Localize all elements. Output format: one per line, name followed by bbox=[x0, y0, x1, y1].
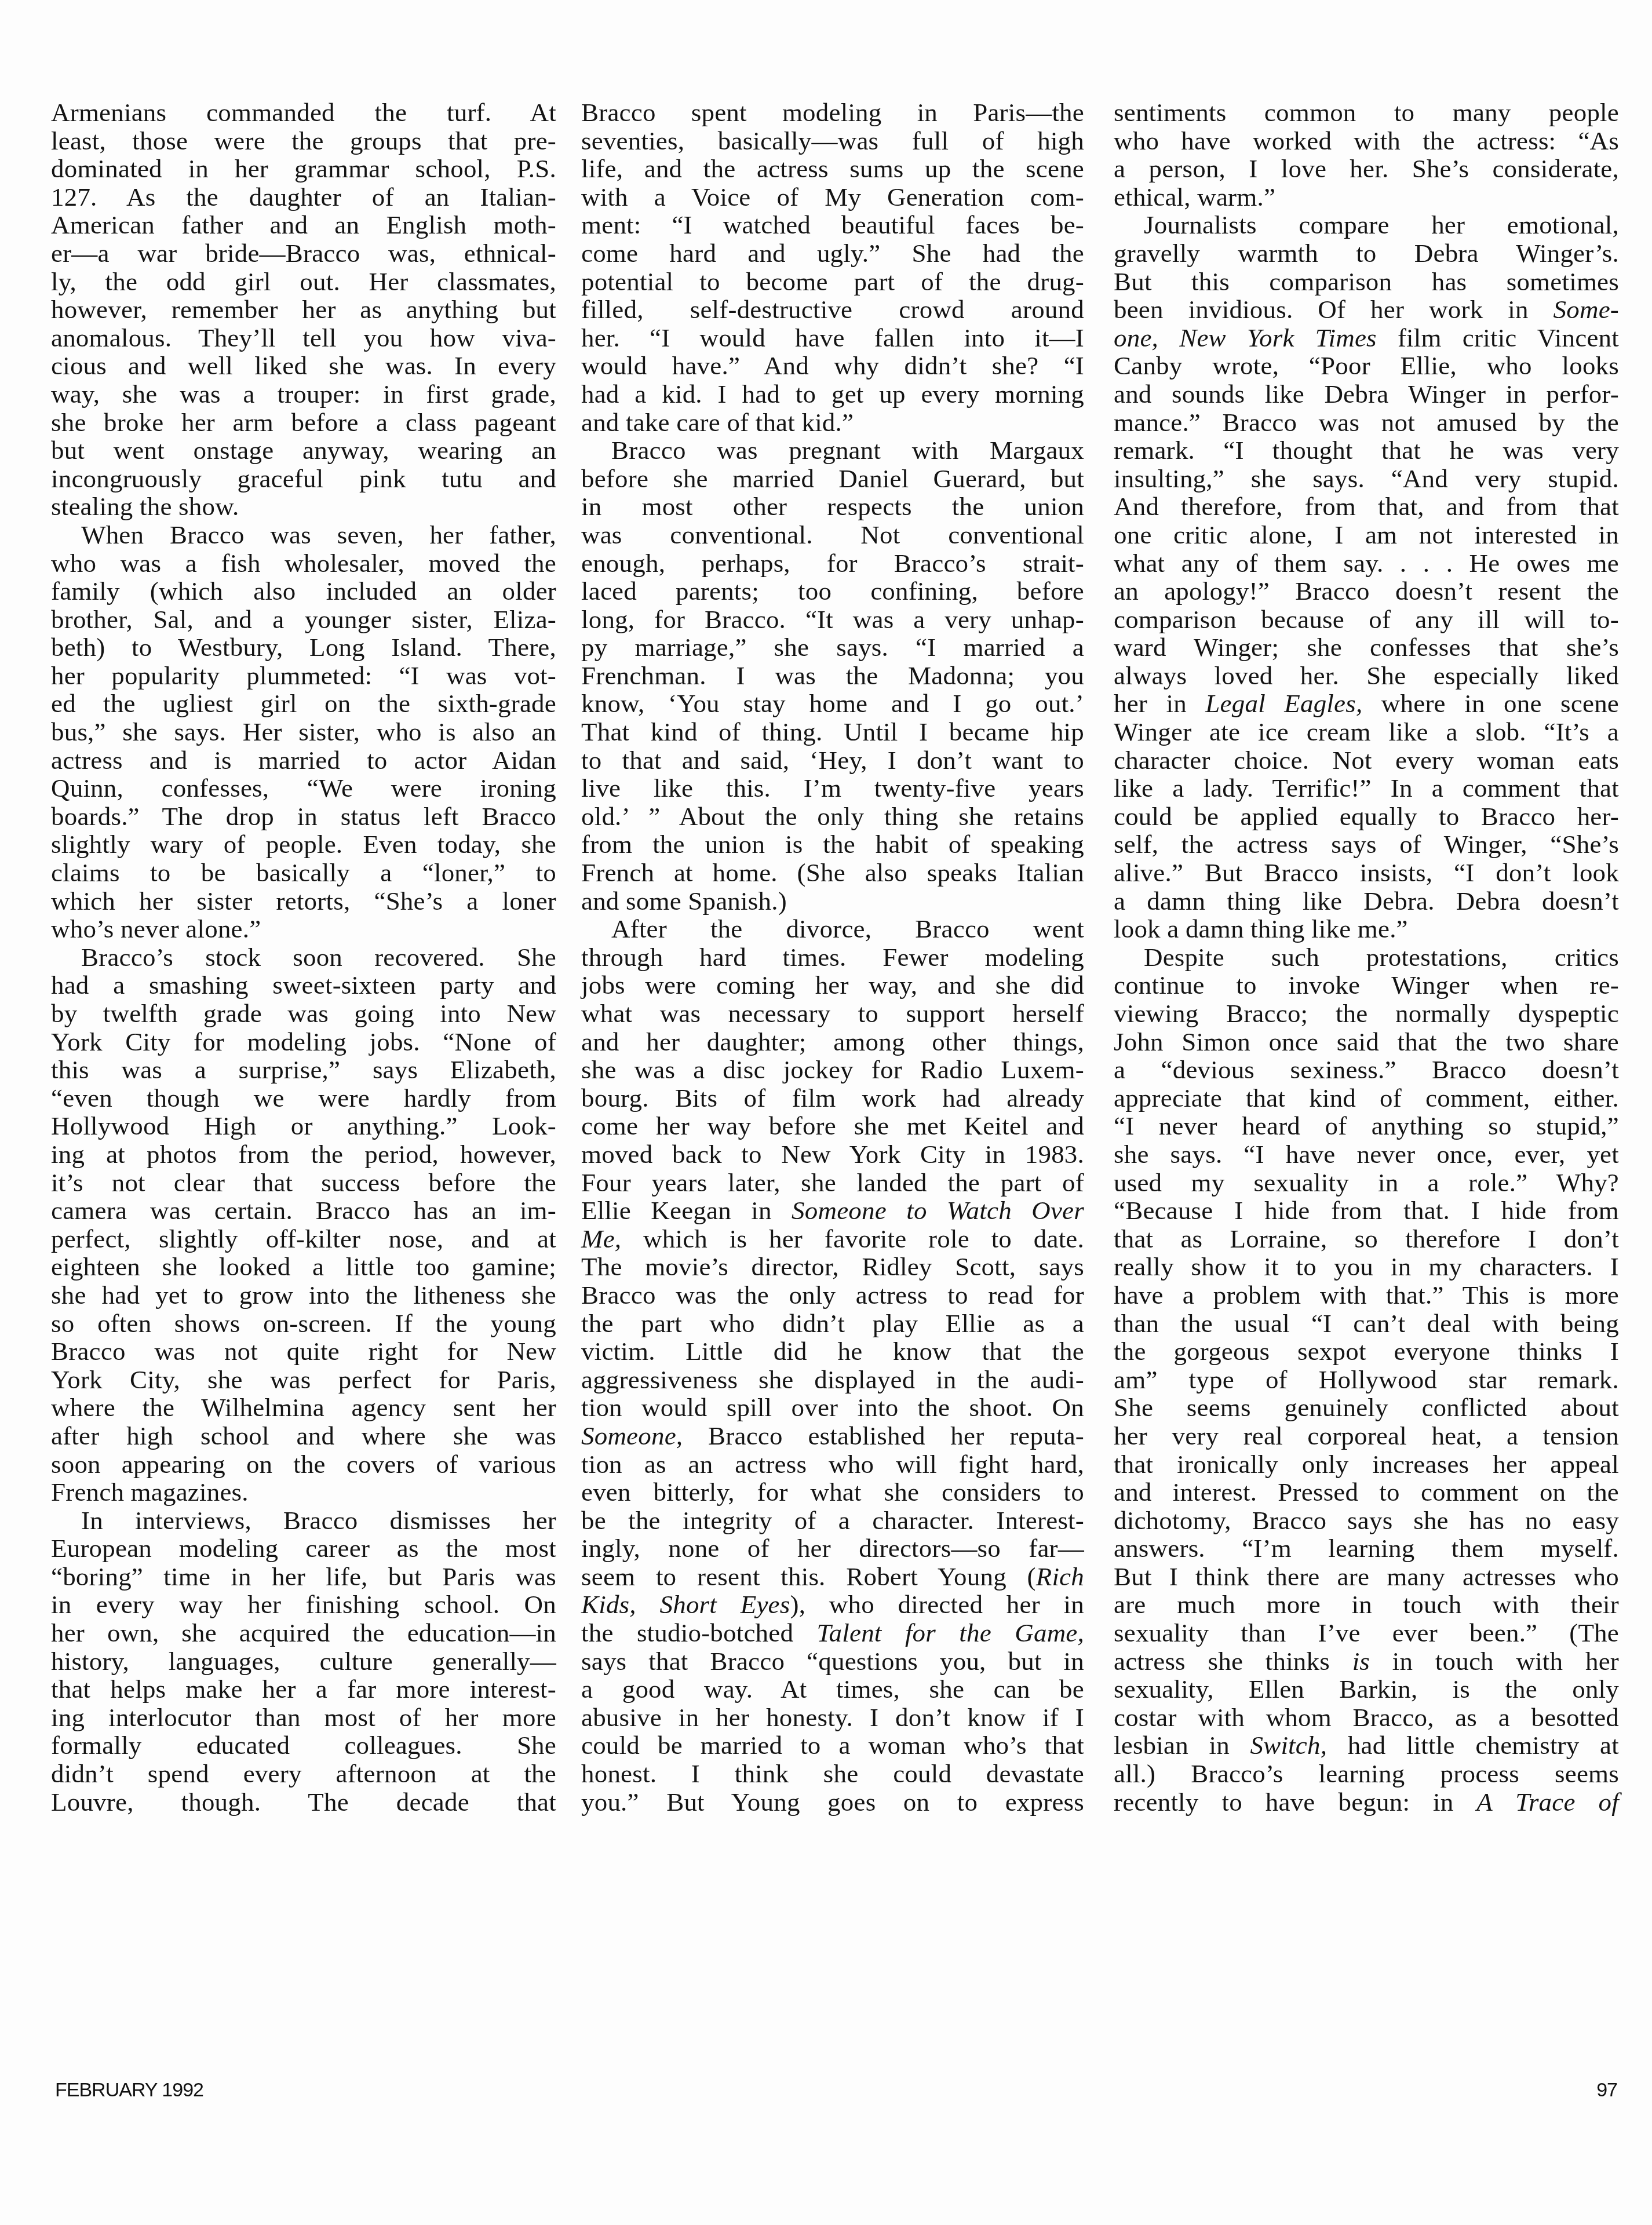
text-line: continue to invoke Winger when re- bbox=[1114, 971, 1619, 1000]
text-line: by twelfth grade was going into New bbox=[51, 1000, 556, 1028]
text-line: honest. I think she could devastate bbox=[581, 1760, 1084, 1788]
text-line: jobs were coming her way, and she did bbox=[581, 971, 1084, 1000]
text-line: an apology!” Bracco doesn’t resent the bbox=[1114, 577, 1619, 606]
text-line: soon appearing on the covers of various bbox=[51, 1450, 556, 1479]
text-line: and take care of that kid.” bbox=[581, 408, 1084, 437]
text-line: character choice. Not every woman eats bbox=[1114, 746, 1619, 775]
text-line: who was a fish wholesaler, moved the bbox=[51, 549, 556, 578]
text-line: and some Spanish.) bbox=[581, 887, 1084, 915]
text-line: who have worked with the actress: “As bbox=[1114, 127, 1619, 155]
text-line: Canby wrote, “Poor Ellie, who looks bbox=[1114, 352, 1619, 380]
text-line: aggressiveness she displayed in the audi… bbox=[581, 1366, 1084, 1394]
text-line: viewing Bracco; the normally dyspeptic bbox=[1114, 1000, 1619, 1028]
text-line: sentiments common to many people bbox=[1114, 99, 1619, 127]
text-line: seventies, basically—was full of high bbox=[581, 127, 1084, 155]
text-line: she broke her arm before a class pageant bbox=[51, 408, 556, 437]
text-line: her very real corporeal heat, a tension bbox=[1114, 1422, 1619, 1450]
text-line: Ellie Keegan in Someone to Watch Over bbox=[581, 1197, 1084, 1225]
text-line: the gorgeous sexpot everyone thinks I bbox=[1114, 1337, 1619, 1366]
text-line: insulting,” she says. “And very stupid. bbox=[1114, 465, 1619, 493]
text-line: When Bracco was seven, her father, bbox=[51, 521, 556, 549]
text-line: used my sexuality in a role.” Why? bbox=[1114, 1169, 1619, 1197]
text-line: ingly, none of her directors—so far— bbox=[581, 1534, 1084, 1563]
text-line: enough, perhaps, for Bracco’s strait- bbox=[581, 549, 1084, 578]
text-line: what any of them say. . . . He owes me bbox=[1114, 549, 1619, 578]
text-line: Hollywood High or anything.” Look- bbox=[51, 1112, 556, 1140]
text-line: through hard times. Fewer modeling bbox=[581, 943, 1084, 972]
text-line: Frenchman. I was the Madonna; you bbox=[581, 662, 1084, 690]
text-line: camera was certain. Bracco has an im- bbox=[51, 1197, 556, 1225]
text-line: a damn thing like Debra. Debra doesn’t bbox=[1114, 887, 1619, 915]
text-line: alive.” But Bracco insists, “I don’t loo… bbox=[1114, 859, 1619, 887]
text-line: ward Winger; she confesses that she’s bbox=[1114, 633, 1619, 662]
text-line: victim. Little did he know that the bbox=[581, 1337, 1084, 1366]
text-line: “I never heard of anything so stupid,” bbox=[1114, 1112, 1619, 1140]
text-line: bus,” she says. Her sister, who is also … bbox=[51, 718, 556, 746]
text-line: py marriage,” she says. “I married a bbox=[581, 633, 1084, 662]
article-column-2: Bracco spent modeling in Paris—thesevent… bbox=[581, 99, 1084, 1816]
text-line: had a smashing sweet-sixteen party and bbox=[51, 971, 556, 1000]
text-line: her. “I would have fallen into it—I bbox=[581, 324, 1084, 352]
text-line: cious and well liked she was. In every bbox=[51, 352, 556, 380]
text-line: American father and an English moth- bbox=[51, 211, 556, 239]
text-line: Bracco’s stock soon recovered. She bbox=[51, 943, 556, 972]
text-line: recently to have begun: in A Trace of bbox=[1114, 1788, 1619, 1817]
text-line: gravelly warmth to Debra Winger’s. bbox=[1114, 239, 1619, 268]
text-line: life, and the actress sums up the scene bbox=[581, 155, 1084, 183]
text-line: comparison because of any ill will to- bbox=[1114, 606, 1619, 634]
text-line: the studio-botched Talent for the Game, bbox=[581, 1619, 1084, 1647]
text-line: ing interlocutor than most of her more bbox=[51, 1704, 556, 1732]
text-line: lesbian in Switch, had little chemistry … bbox=[1114, 1731, 1619, 1760]
text-line: costar with whom Bracco, as a besotted bbox=[1114, 1704, 1619, 1732]
text-line: Bracco spent modeling in Paris—the bbox=[581, 99, 1084, 127]
text-line: she says. “I have never once, ever, yet bbox=[1114, 1140, 1619, 1169]
magazine-page: Armenians commanded the turf. Atleast, t… bbox=[0, 0, 1652, 2225]
text-line: ing at photos from the period, however, bbox=[51, 1140, 556, 1169]
text-line: And therefore, from that, and from that bbox=[1114, 493, 1619, 521]
text-line: ly, the odd girl out. Her classmates, bbox=[51, 268, 556, 296]
text-line: dominated in her grammar school, P.S. bbox=[51, 155, 556, 183]
text-line: didn’t spend every afternoon at the bbox=[51, 1760, 556, 1788]
text-line: Someone, Bracco established her reputa- bbox=[581, 1422, 1084, 1450]
text-line: John Simon once said that the two share bbox=[1114, 1028, 1619, 1056]
text-line: er—a war bride—Bracco was, ethnical- bbox=[51, 239, 556, 268]
issue-date: FEBRUARY 1992 bbox=[55, 2079, 203, 2102]
text-line: Bracco was the only actress to read for bbox=[581, 1281, 1084, 1310]
text-line: a good way. At times, she can be bbox=[581, 1675, 1084, 1704]
text-line: anomalous. They’ll tell you how viva- bbox=[51, 324, 556, 352]
text-line: family (which also included an older bbox=[51, 577, 556, 606]
text-line: sexuality than I’ve ever been.” (The bbox=[1114, 1619, 1619, 1647]
text-line: that helps make her a far more interest- bbox=[51, 1675, 556, 1704]
text-line: could be married to a woman who’s that bbox=[581, 1731, 1084, 1760]
text-line: self, the actress says of Winger, “She’s bbox=[1114, 830, 1619, 859]
text-line: abusive in her honesty. I don’t know if … bbox=[581, 1704, 1084, 1732]
text-line: appreciate that kind of comment, either. bbox=[1114, 1084, 1619, 1112]
text-line: filled, self-destructive crowd around bbox=[581, 296, 1084, 324]
text-line: After the divorce, Bracco went bbox=[581, 915, 1084, 943]
text-line: “boring” time in her life, but Paris was bbox=[51, 1563, 556, 1591]
text-line: Despite such protestations, critics bbox=[1114, 943, 1619, 972]
text-line: after high school and where she was bbox=[51, 1422, 556, 1450]
text-line: and her daughter; among other things, bbox=[581, 1028, 1084, 1056]
text-line: she was a disc jockey for Radio Luxem- bbox=[581, 1056, 1084, 1084]
text-line: Armenians commanded the turf. At bbox=[51, 99, 556, 127]
text-line: that ironically only increases her appea… bbox=[1114, 1450, 1619, 1479]
text-line: to that and said, ‘Hey, I don’t want to bbox=[581, 746, 1084, 775]
text-line: Quinn, confesses, “We were ironing bbox=[51, 774, 556, 803]
text-line: her own, she acquired the education—in bbox=[51, 1619, 556, 1647]
text-line: am” type of Hollywood star remark. bbox=[1114, 1366, 1619, 1394]
text-line: slightly wary of people. Even today, she bbox=[51, 830, 556, 859]
text-line: dichotomy, Bracco says she has no easy bbox=[1114, 1507, 1619, 1535]
text-line: ment: “I watched beautiful faces be- bbox=[581, 211, 1084, 239]
text-line: actress she thinks is in touch with her bbox=[1114, 1647, 1619, 1676]
text-line: was conventional. Not conventional bbox=[581, 521, 1084, 549]
text-line: tion would spill over into the shoot. On bbox=[581, 1394, 1084, 1422]
text-line: French at home. (She also speaks Italian bbox=[581, 859, 1084, 887]
text-line: Four years later, she landed the part of bbox=[581, 1169, 1084, 1197]
text-line: boards.” The drop in status left Bracco bbox=[51, 803, 556, 831]
text-line: tion as an actress who will fight hard, bbox=[581, 1450, 1084, 1479]
text-line: who’s never alone.” bbox=[51, 915, 556, 943]
text-line: potential to become part of the drug- bbox=[581, 268, 1084, 296]
text-line: her in Legal Eagles, where in one scene bbox=[1114, 690, 1619, 718]
text-line: and sounds like Debra Winger in perfor- bbox=[1114, 380, 1619, 408]
text-line: In interviews, Bracco dismisses her bbox=[51, 1507, 556, 1535]
text-line: had a kid. I had to get up every morning bbox=[581, 380, 1084, 408]
text-line: stealing the show. bbox=[51, 493, 556, 521]
text-line: York City for modeling jobs. “None of bbox=[51, 1028, 556, 1056]
text-line: have a problem with that.” This is more bbox=[1114, 1281, 1619, 1310]
text-line: she had yet to grow into the litheness s… bbox=[51, 1281, 556, 1310]
text-line: beth) to Westbury, Long Island. There, bbox=[51, 633, 556, 662]
text-line: all.) Bracco’s learning process seems bbox=[1114, 1760, 1619, 1788]
text-line: really show it to you in my characters. … bbox=[1114, 1253, 1619, 1281]
text-line: a person, I love her. She’s considerate, bbox=[1114, 155, 1619, 183]
text-line: long, for Bracco. “It was a very unhap- bbox=[581, 606, 1084, 634]
text-line: the part who didn’t play Ellie as a bbox=[581, 1310, 1084, 1338]
text-line: incongruously graceful pink tutu and bbox=[51, 465, 556, 493]
text-line: claims to be basically a “loner,” to bbox=[51, 859, 556, 887]
text-line: She seems genuinely conflicted about bbox=[1114, 1394, 1619, 1422]
text-line: moved back to New York City in 1983. bbox=[581, 1140, 1084, 1169]
text-line: like a lady. Terrific!” In a comment tha… bbox=[1114, 774, 1619, 803]
text-line: be the integrity of a character. Interes… bbox=[581, 1507, 1084, 1535]
text-line: but went onstage anyway, wearing an bbox=[51, 436, 556, 465]
text-line: The movie’s director, Ridley Scott, says bbox=[581, 1253, 1084, 1281]
text-line: seem to resent this. Robert Young (Rich bbox=[581, 1563, 1084, 1591]
text-line: been invidious. Of her work in Some- bbox=[1114, 296, 1619, 324]
text-line: eighteen she looked a little too gamine; bbox=[51, 1253, 556, 1281]
text-line: old.’ ” About the only thing she retains bbox=[581, 803, 1084, 831]
text-line: answers. “I’m learning them myself. bbox=[1114, 1534, 1619, 1563]
text-line: where the Wilhelmina agency sent her bbox=[51, 1394, 556, 1422]
text-line: ethical, warm.” bbox=[1114, 183, 1619, 211]
text-line: always loved her. She especially liked bbox=[1114, 662, 1619, 690]
text-line: That kind of thing. Until I became hip bbox=[581, 718, 1084, 746]
text-line: what was necessary to support herself bbox=[581, 1000, 1084, 1028]
text-line: her popularity plummeted: “I was vot- bbox=[51, 662, 556, 690]
text-line: European modeling career as the most bbox=[51, 1534, 556, 1563]
text-line: Kids, Short Eyes), who directed her in bbox=[581, 1591, 1084, 1619]
text-line: least, those were the groups that pre- bbox=[51, 127, 556, 155]
text-line: a “devious sexiness.” Bracco doesn’t bbox=[1114, 1056, 1619, 1084]
text-line: than the usual “I can’t deal with being bbox=[1114, 1310, 1619, 1338]
text-line: formally educated colleagues. She bbox=[51, 1731, 556, 1760]
text-line: even bitterly, for what she considers to bbox=[581, 1478, 1084, 1507]
text-line: you.” But Young goes on to express bbox=[581, 1788, 1084, 1817]
text-line: But this comparison has sometimes bbox=[1114, 268, 1619, 296]
text-line: in every way her finishing school. On bbox=[51, 1591, 556, 1619]
text-line: so often shows on-screen. If the young bbox=[51, 1310, 556, 1338]
text-line: that as Lorraine, so therefore I don’t bbox=[1114, 1225, 1619, 1253]
text-line: come hard and ugly.” She had the bbox=[581, 239, 1084, 268]
text-line: But I think there are many actresses who bbox=[1114, 1563, 1619, 1591]
page-number: 97 bbox=[1596, 2079, 1617, 2102]
text-line: sexuality, Ellen Barkin, is the only bbox=[1114, 1675, 1619, 1704]
text-line: remark. “I thought that he was very bbox=[1114, 436, 1619, 465]
text-line: “Because I hide from that. I hide from bbox=[1114, 1197, 1619, 1225]
article-column-1: Armenians commanded the turf. Atleast, t… bbox=[51, 99, 556, 1816]
text-line: could be applied equally to Bracco her- bbox=[1114, 803, 1619, 831]
text-line: perfect, slightly off-kilter nose, and a… bbox=[51, 1225, 556, 1253]
text-line: Bracco was not quite right for New bbox=[51, 1337, 556, 1366]
text-line: 127. As the daughter of an Italian- bbox=[51, 183, 556, 211]
text-line: before she married Daniel Guerard, but bbox=[581, 465, 1084, 493]
text-line: Journalists compare her emotional, bbox=[1114, 211, 1619, 239]
text-line: actress and is married to actor Aidan bbox=[51, 746, 556, 775]
text-line: however, remember her as anything but bbox=[51, 296, 556, 324]
text-line: one, New York Times film critic Vincent bbox=[1114, 324, 1619, 352]
text-line: know, ‘You stay home and I go out.’ bbox=[581, 690, 1084, 718]
text-line: look a damn thing like me.” bbox=[1114, 915, 1619, 943]
article-column-3: sentiments common to many peoplewho have… bbox=[1114, 99, 1619, 1816]
text-line: bourg. Bits of film work had already bbox=[581, 1084, 1084, 1112]
text-line: Winger ate ice cream like a slob. “It’s … bbox=[1114, 718, 1619, 746]
text-line: French magazines. bbox=[51, 1478, 556, 1507]
text-line: mance.” Bracco was not amused by the bbox=[1114, 408, 1619, 437]
text-line: it’s not clear that success before the bbox=[51, 1169, 556, 1197]
text-line: which her sister retorts, “She’s a loner bbox=[51, 887, 556, 915]
text-line: ed the ugliest girl on the sixth-grade bbox=[51, 690, 556, 718]
text-line: in most other respects the union bbox=[581, 493, 1084, 521]
text-line: says that Bracco “questions you, but in bbox=[581, 1647, 1084, 1676]
text-line: York City, she was perfect for Paris, bbox=[51, 1366, 556, 1394]
text-line: history, languages, culture generally— bbox=[51, 1647, 556, 1676]
text-line: come her way before she met Keitel and bbox=[581, 1112, 1084, 1140]
text-line: with a Voice of My Generation com- bbox=[581, 183, 1084, 211]
text-line: are much more in touch with their bbox=[1114, 1591, 1619, 1619]
text-line: from the union is the habit of speaking bbox=[581, 830, 1084, 859]
text-line: one critic alone, I am not interested in bbox=[1114, 521, 1619, 549]
text-line: live like this. I’m twenty-five years bbox=[581, 774, 1084, 803]
text-line: “even though we were hardly from bbox=[51, 1084, 556, 1112]
text-line: Me, which is her favorite role to date. bbox=[581, 1225, 1084, 1253]
text-line: this was a surprise,” says Elizabeth, bbox=[51, 1056, 556, 1084]
text-line: and interest. Pressed to comment on the bbox=[1114, 1478, 1619, 1507]
text-line: Bracco was pregnant with Margaux bbox=[581, 436, 1084, 465]
text-line: would have.” And why didn’t she? “I bbox=[581, 352, 1084, 380]
text-line: brother, Sal, and a younger sister, Eliz… bbox=[51, 606, 556, 634]
text-line: way, she was a trouper: in first grade, bbox=[51, 380, 556, 408]
text-line: Louvre, though. The decade that bbox=[51, 1788, 556, 1817]
text-line: laced parents; too confining, before bbox=[581, 577, 1084, 606]
